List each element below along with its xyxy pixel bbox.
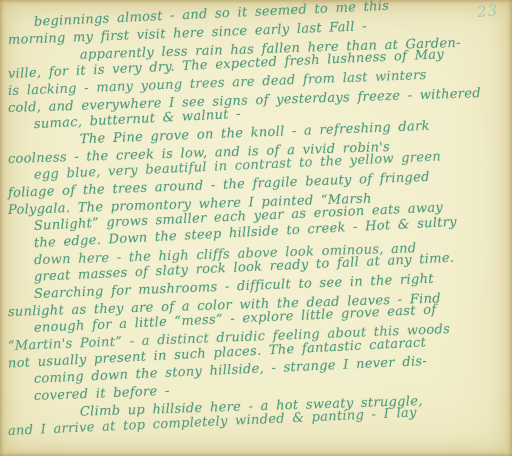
journal-page-scan: 23 beginnings almost - and so it seemed … [0, 0, 512, 456]
handwritten-text-block: beginnings almost - and so it seemed to … [8, 16, 506, 441]
